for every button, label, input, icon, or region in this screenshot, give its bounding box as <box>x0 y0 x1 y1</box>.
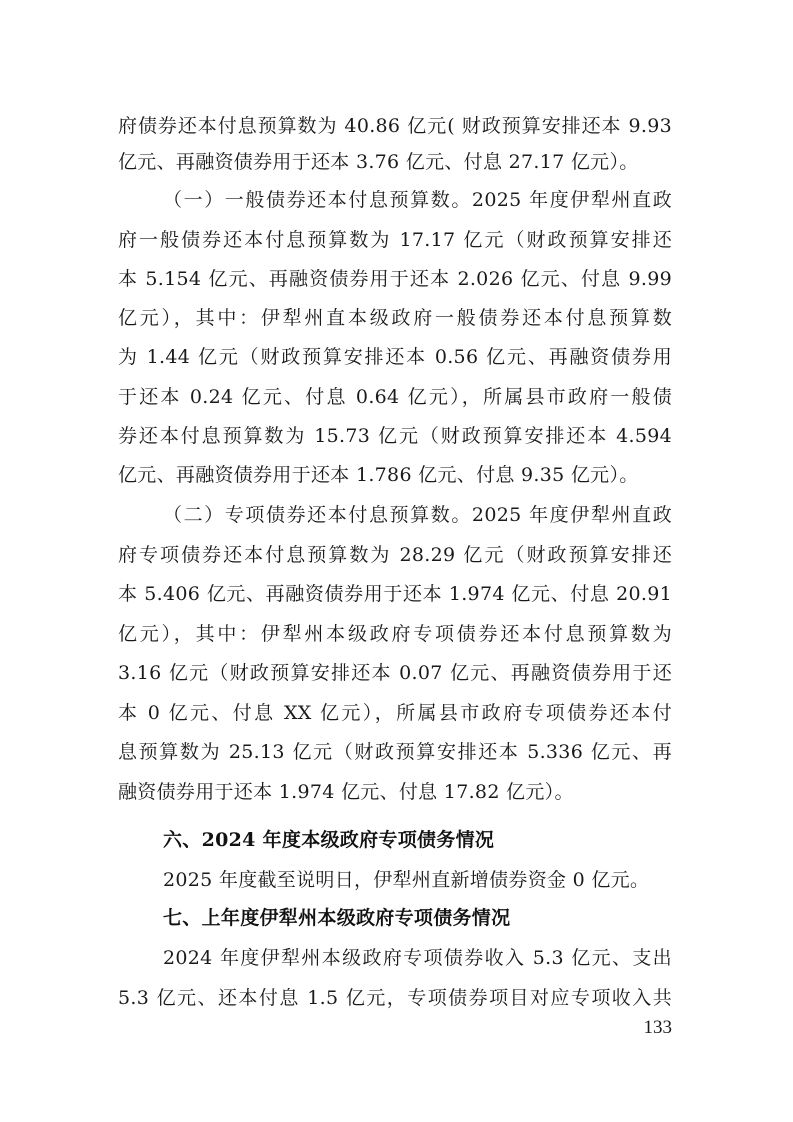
section-seven-body-line-2: 5.3 亿元、还本付息 1.5 亿元，专项债券项目对应专项收入共 <box>118 983 672 1013</box>
body-line-1: 府债券还本付息预算数为 40.86 亿元( 财政预算安排还本 9.93 <box>118 111 672 141</box>
body-line-7: 为 1.44 亿元（财政预算安排还本 0.56 亿元、再融资债券用 <box>118 342 672 372</box>
document-page: 府债券还本付息预算数为 40.86 亿元( 财政预算安排还本 9.93 亿元、再… <box>0 0 793 1122</box>
subsection-special-bond-line-1: （二）专项债券还本付息预算数。2025 年度伊犁州直政 <box>163 500 672 530</box>
section-seven-heading: 七、上年度伊犁州本级政府专项债务情况 <box>163 903 672 933</box>
body-line-9: 券还本付息预算数为 15.73 亿元（财政预算安排还本 4.594 <box>118 421 672 451</box>
section-six-heading: 六、2024 年度本级政府专项债务情况 <box>163 825 672 855</box>
body-line-13: 本 5.406 亿元、再融资债券用于还本 1.974 亿元、付息 20.91 <box>118 579 672 609</box>
body-line-12: 府专项债券还本付息预算数为 28.29 亿元（财政预算安排还 <box>118 540 672 570</box>
body-line-5: 本 5.154 亿元、再融资债券用于还本 2.026 亿元、付息 9.99 <box>118 264 672 294</box>
page-number: 133 <box>600 1014 672 1042</box>
section-seven-body-line-1: 2024 年度伊犁州本级政府专项债券收入 5.3 亿元、支出 <box>163 943 672 973</box>
body-line-4: 府一般债券还本付息预算数为 17.17 亿元（财政预算安排还 <box>118 225 672 255</box>
section-six-body: 2025 年度截至说明日，伊犁州直新增债券资金 0 亿元。 <box>163 865 672 895</box>
body-line-2: 亿元、再融资债券用于还本 3.76 亿元、付息 27.17 亿元）。 <box>118 147 672 177</box>
body-line-16: 本 0 亿元、付息 XX 亿元），所属县市政府专项债券还本付 <box>118 698 672 728</box>
body-line-6: 亿元），其中：伊犁州直本级政府一般债券还本付息预算数 <box>118 303 672 333</box>
body-line-18: 融资债券用于还本 1.974 亿元、付息 17.82 亿元）。 <box>118 777 672 807</box>
subsection-general-bond-line-1: （一）一般债券还本付息预算数。2025 年度伊犁州直政 <box>163 185 672 215</box>
body-line-8: 于还本 0.24 亿元、付息 0.64 亿元），所属县市政府一般债 <box>118 382 672 412</box>
body-line-14: 亿元），其中：伊犁州本级政府专项债券还本付息预算数为 <box>118 619 672 649</box>
body-line-17: 息预算数为 25.13 亿元（财政预算安排还本 5.336 亿元、再 <box>118 737 672 767</box>
body-line-10: 亿元、再融资债券用于还本 1.786 亿元、付息 9.35 亿元）。 <box>118 460 672 490</box>
body-line-15: 3.16 亿元（财政预算安排还本 0.07 亿元、再融资债券用于还 <box>118 658 672 688</box>
